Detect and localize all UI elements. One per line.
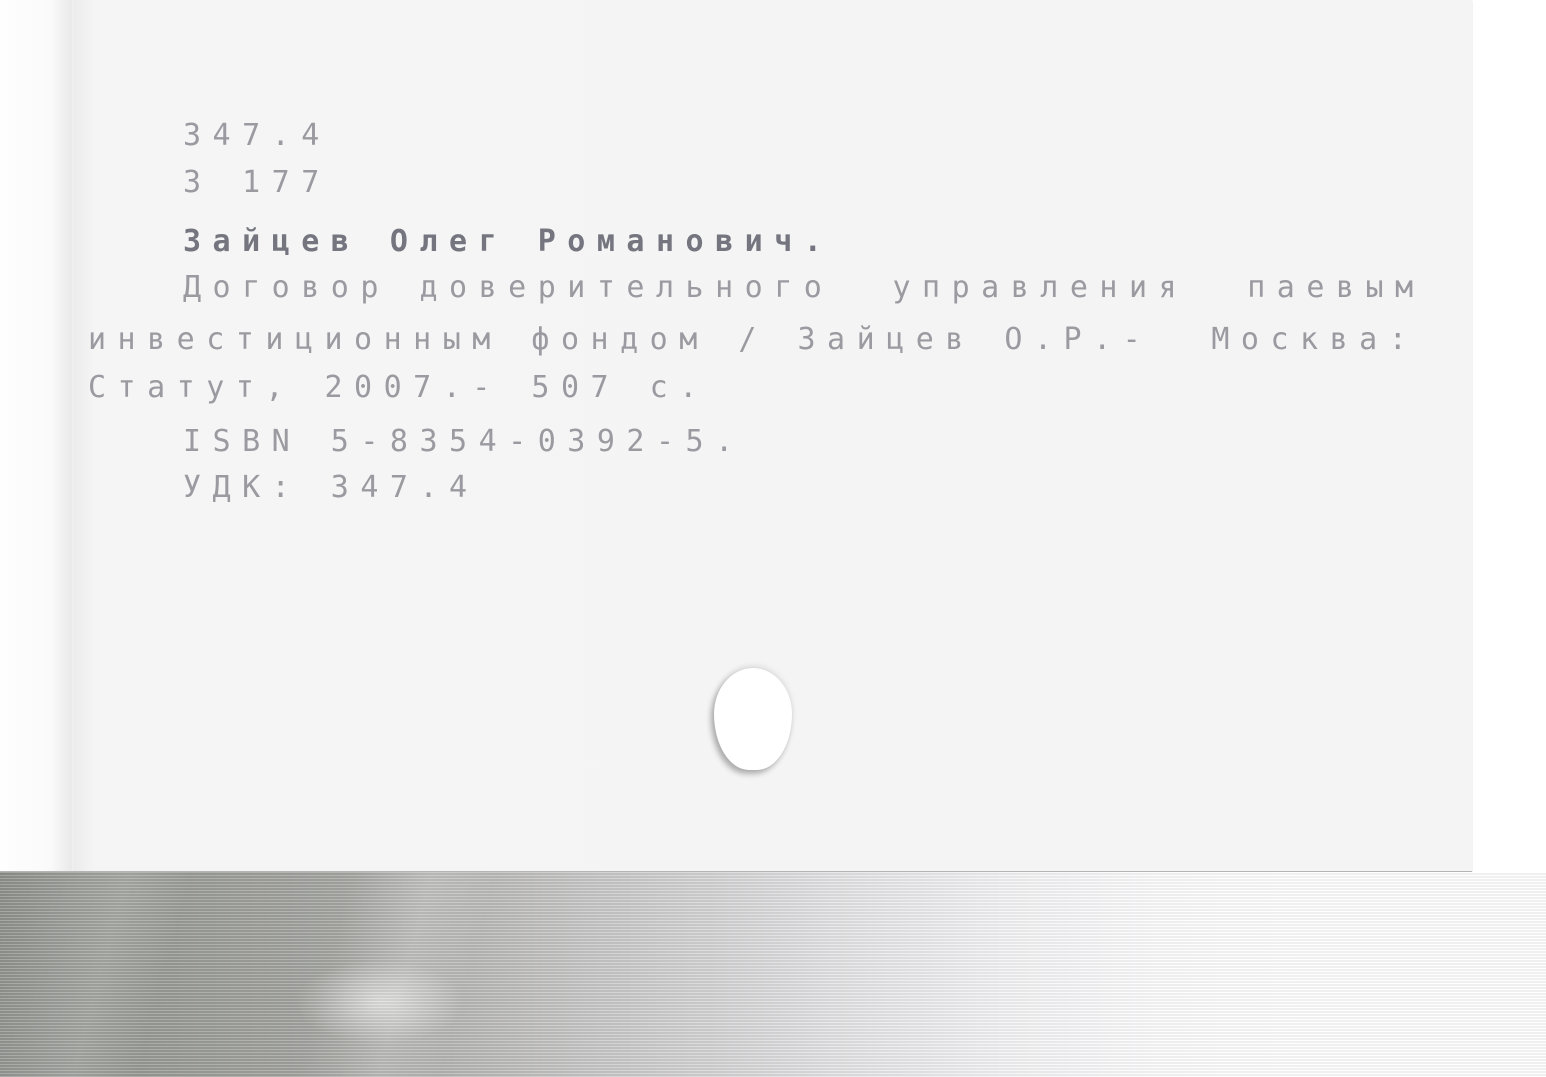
- scanner-metal-strip: [0, 872, 1546, 1077]
- isbn: ISBN 5-8354-0392-5.: [183, 418, 745, 465]
- title-line-3: Статут, 2007.- 507 с.: [88, 364, 709, 411]
- punch-hole: [714, 668, 792, 770]
- title-line-1: Договор доверительного управления паевым: [183, 264, 1425, 311]
- author-name: Зайцев Олег Романович.: [183, 218, 833, 265]
- title-line-2: инвестиционным фондом / Зайцев О.Р.- Мос…: [88, 316, 1418, 363]
- scanned-catalog-card-scene: 347.4 З 177 Зайцев Олег Романович. Догов…: [0, 0, 1546, 1077]
- udc: УДК: 347.4: [183, 464, 479, 511]
- classification-number: 347.4: [183, 112, 331, 159]
- library-catalog-card: 347.4 З 177 Зайцев Олег Романович. Догов…: [0, 0, 1472, 872]
- author-mark: З 177: [183, 159, 331, 206]
